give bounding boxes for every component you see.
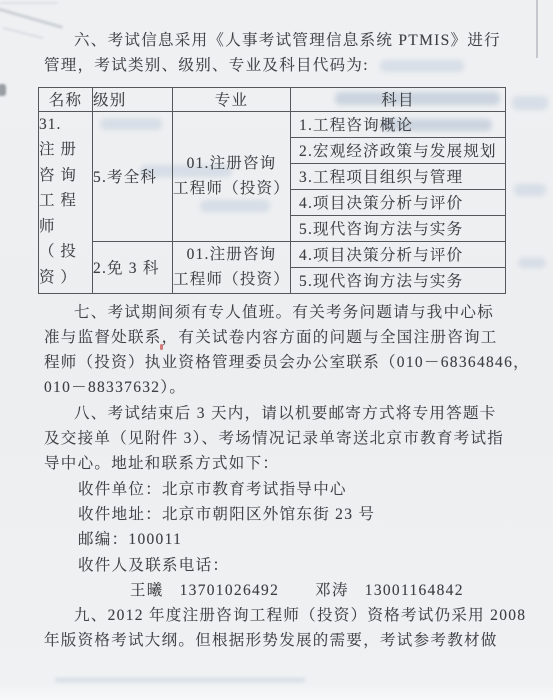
recipient-address-line: 收件地址：北京市朝阳区外馆东街 23 号 — [44, 502, 511, 527]
exam-name-line: 资 ） — [39, 265, 92, 291]
showthrough-ghost — [514, 184, 546, 196]
section-nine-paragraph: 九、2012 年度注册咨询工程师（投资）资格考试仍采用 2008 年版资格考试大… — [44, 603, 511, 654]
exam-name-line: 注 册 — [39, 137, 92, 163]
showthrough-ghost — [512, 96, 548, 110]
subject-cell: 5.现代咨询方法与实务 — [291, 215, 506, 241]
recipient-name: 王曦 — [130, 582, 164, 599]
scan-streak — [0, 6, 63, 29]
exam-name-line: 咨 询 — [39, 163, 92, 189]
major-line: 01.注册咨询 — [173, 242, 290, 267]
recipient-phone: 13001164842 — [365, 582, 464, 599]
scan-edge-mark — [0, 84, 6, 96]
scan-streak — [2, 27, 43, 39]
exam-name-line: 工 程 — [39, 188, 92, 214]
paragraph-line: 及交接单（见附件 3）、考场情况记录单寄送北京市教育考试指 — [44, 426, 511, 451]
column-header-major: 专业 — [173, 87, 291, 111]
phones-line: 王曦13701026492邓涛13001164842 — [44, 578, 511, 603]
subject-cell: 5.现代咨询方法与实务 — [291, 267, 506, 293]
major-cell-full: 01.注册咨询 工程师（投资） — [173, 111, 291, 241]
column-header-level: 级别 — [93, 87, 173, 111]
document-body: 六、考试信息采用《人事考试管理信息系统 PTMIS》进行 管理，考试类别、级别、… — [44, 28, 511, 654]
paragraph-line: 010－88337632）。 — [44, 375, 511, 400]
contact-block: 收件单位：北京市教育考试指导中心 收件地址：北京市朝阳区外馆东街 23 号 邮编… — [44, 477, 511, 603]
paragraph-line: 管理，考试类别、级别、专业及科目代码为: — [44, 53, 511, 78]
paragraph-line: 六、考试信息采用《人事考试管理信息系统 PTMIS》进行 — [44, 28, 511, 53]
level-cell-exempt: 2.免 3 科 — [93, 241, 173, 293]
table-row: 2.免 3 科 01.注册咨询 工程师（投资） 4.项目决策分析与评价 — [39, 241, 506, 267]
section-eight-paragraph: 八、考试结束后 3 天内，请以机要邮寄方式将专用答题卡 及交接单（见附件 3）、… — [44, 401, 511, 477]
page-edge-line — [536, 0, 538, 58]
recipient-unit-line: 收件单位：北京市教育考试指导中心 — [44, 477, 511, 502]
paragraph-line: 八、考试结束后 3 天内，请以机要邮寄方式将专用答题卡 — [44, 401, 511, 426]
recipient-name: 邓涛 — [315, 582, 349, 599]
major-line: 01.注册咨询 — [173, 151, 290, 176]
subject-cell: 3.工程项目组织与管理 — [291, 163, 506, 189]
major-line: 工程师（投资） — [173, 267, 290, 292]
scan-bottom-streak — [55, 678, 305, 682]
phones-label-line: 收件人及联系电话： — [44, 553, 511, 578]
major-line: 工程师（投资） — [173, 176, 290, 201]
table-row: 31. 注 册 咨 询 工 程 师 （ 投 资 ） 5.考全科 01.注册咨询 … — [39, 111, 506, 137]
postcode-line: 邮编：100011 — [44, 527, 511, 552]
paragraph-line: 七、考试期间须有专人值班。有关考务问题请与我中心标 — [44, 300, 511, 325]
showthrough-ghost — [518, 258, 546, 268]
subject-cell: 4.项目决策分析与评价 — [291, 241, 506, 267]
table-header-row: 名称 级别 专业 科目 — [39, 87, 506, 111]
subject-cell: 1.工程咨询概论 — [291, 111, 506, 137]
subject-cell: 4.项目决策分析与评价 — [291, 189, 506, 215]
column-header-subject: 科目 — [291, 87, 506, 111]
level-cell-full: 5.考全科 — [93, 111, 173, 241]
exam-name-line: 31. — [39, 112, 92, 138]
exam-name-line: 师 — [39, 214, 92, 240]
paragraph-line: 年版资格考试大纲。但根据形势发展的需要，考试参考教材做 — [44, 628, 511, 653]
paragraph-line: 准与监督处联系，有关试卷内容方面的问题与全国注册咨询工 — [44, 325, 511, 350]
section-six-paragraph: 六、考试信息采用《人事考试管理信息系统 PTMIS》进行 管理，考试类别、级别、… — [44, 28, 511, 79]
paragraph-line: 导中心。地址和联系方式如下： — [44, 451, 511, 476]
major-cell-exempt: 01.注册咨询 工程师（投资） — [173, 241, 291, 293]
scanned-document-page: 六、考试信息采用《人事考试管理信息系统 PTMIS》进行 管理，考试类别、级别、… — [0, 0, 553, 700]
column-header-name: 名称 — [39, 87, 93, 111]
scan-bottom-band — [0, 684, 553, 700]
exam-name-line: （ 投 — [39, 239, 92, 265]
subject-cell: 2.宏观经济政策与发展规划 — [291, 137, 506, 163]
scan-streak — [0, 2, 58, 4]
paragraph-line: 程师（投资）执业资格管理委员会办公室联系（010－68364846， — [44, 350, 511, 375]
exam-name-cell: 31. 注 册 咨 询 工 程 师 （ 投 资 ） — [39, 111, 93, 293]
exam-code-table: 名称 级别 专业 科目 31. 注 册 咨 询 工 程 师 （ 投 资 ） — [38, 87, 506, 294]
recipient-phone: 13701026492 — [180, 582, 280, 599]
paragraph-line: 九、2012 年度注册咨询工程师（投资）资格考试仍采用 2008 — [44, 603, 511, 628]
section-seven-paragraph: 七、考试期间须有专人值班。有关考务问题请与我中心标 准与监督处联系，有关试卷内容… — [44, 300, 511, 401]
